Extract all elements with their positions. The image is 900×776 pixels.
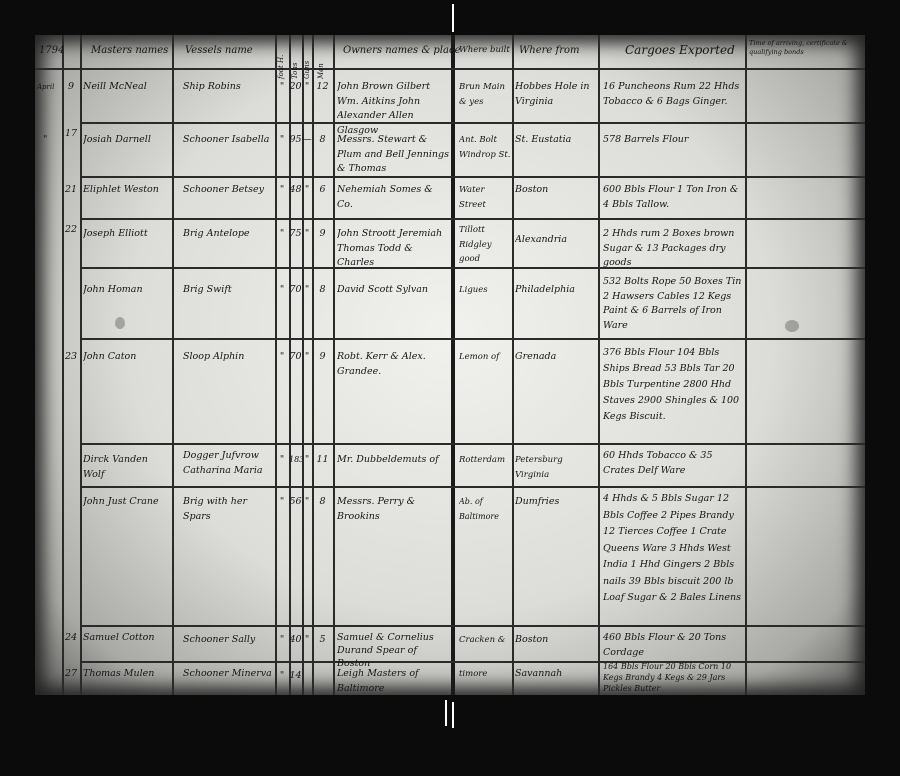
entry-guns: " — [302, 227, 312, 242]
entry-tons: 75 — [289, 227, 302, 242]
entry-men: 5 — [312, 633, 333, 648]
entry-mark: " — [275, 283, 289, 298]
header-where-built: Where built — [459, 45, 510, 55]
entry-mark: " — [275, 183, 289, 198]
header-men: Men — [317, 39, 325, 79]
entry-tons: 70 — [289, 350, 302, 365]
entry-where: Boston — [515, 183, 597, 198]
entry-built: Lemon of — [459, 350, 511, 365]
entry-day: 24 — [63, 631, 79, 646]
entry-cargo: 600 Bbls Flour 1 Ton Iron & 4 Bbls Tallo… — [603, 183, 743, 212]
entry-men: 8 — [312, 495, 333, 510]
entry-owners: John Stroott Jeremiah Thomas Todd & Char… — [337, 227, 449, 271]
entry-day: 17 — [63, 127, 79, 142]
entry-mark: " — [275, 133, 289, 148]
entry-cargo: 532 Bolts Rope 50 Boxes Tin 2 Hawsers Ca… — [603, 275, 743, 333]
rule-men — [333, 35, 335, 695]
header-master: Masters names — [91, 45, 168, 56]
entry-mark: " — [275, 453, 289, 468]
entry-tons: 48 — [289, 183, 302, 198]
entry-guns: " — [302, 633, 312, 648]
entry-owners: Robt. Kerr & Alex. Grandee. — [337, 350, 449, 379]
entry-vessel: Schooner Isabella — [183, 133, 273, 148]
entry-guns: " — [302, 495, 312, 510]
entry-mark: " — [275, 633, 289, 648]
header-tons: Tons — [291, 39, 299, 79]
entry-vessel: Brig with her Spars — [183, 495, 273, 524]
rule-master — [172, 35, 174, 695]
entry-guns: " — [302, 453, 312, 468]
entry-owners: Messrs. Stewart & Plum and Bell Jennings… — [337, 133, 449, 177]
entry-where: Savannah — [515, 667, 597, 682]
entry-built: Cracken & — [459, 633, 511, 648]
entry-owners: David Scott Sylvan — [337, 283, 449, 298]
entry-men: 9 — [312, 227, 333, 242]
entry-where: Boston — [515, 633, 597, 648]
entry-owners: John Brown Gilbert Wm. Aitkins John Alex… — [337, 80, 449, 138]
row-rule — [80, 218, 865, 220]
entry-master: Josiah Darnell — [83, 133, 171, 148]
entry-guns: " — [302, 80, 312, 95]
row-rule — [80, 122, 865, 124]
entry-guns: — — [302, 133, 312, 148]
header-vessel: Vessels name — [185, 45, 253, 56]
entry-where: St. Eustatia — [515, 133, 597, 148]
entry-built: Ab. of Baltimore — [459, 495, 511, 524]
entry-tons: 95 — [289, 133, 302, 148]
entry-where: Grenada — [515, 350, 597, 365]
entry-where: Philadelphia — [515, 283, 597, 298]
entry-vessel: Brig Antelope — [183, 227, 273, 242]
entry-built: timore — [459, 667, 511, 682]
book-spine — [451, 35, 455, 695]
rule-day — [80, 35, 82, 695]
entry-tons: 20 — [289, 80, 302, 95]
entry-master: John Homan — [83, 283, 171, 298]
entry-mark: " — [275, 80, 289, 95]
ink-smudge — [115, 317, 125, 329]
entry-men: 11 — [312, 453, 333, 468]
header-cargo: Cargoes Exported — [625, 43, 735, 57]
entry-owners: Nehemiah Somes & Co. — [337, 183, 449, 212]
header-year: 1794 — [39, 45, 64, 56]
entry-month: " — [43, 133, 61, 148]
row-rule — [80, 661, 865, 663]
entry-owners: Messrs. Perry & Brookins — [337, 495, 449, 524]
entry-day: 27 — [63, 667, 79, 682]
header-where-from: Where from — [519, 45, 580, 56]
entry-day: 23 — [63, 350, 79, 365]
entry-master: Joseph Elliott — [83, 227, 171, 242]
row-rule — [80, 338, 865, 340]
entry-tons: 70 — [289, 283, 302, 298]
entry-cargo: 16 Puncheons Rum 22 Hhds Tobacco & 6 Bag… — [603, 80, 743, 109]
header-tons-col: foot H. — [277, 39, 285, 79]
row-rule — [80, 443, 865, 445]
entry-vessel: Sloop Alphin — [183, 350, 273, 365]
rule-built — [512, 35, 514, 695]
entry-tons: 183 — [289, 453, 302, 468]
entry-vessel: Schooner Betsey — [183, 183, 273, 198]
entry-cargo: 460 Bbls Flour & 20 Tons Cordage — [603, 631, 743, 660]
row-rule — [80, 176, 865, 178]
entry-built: Water Street — [459, 183, 511, 212]
entry-vessel: Brig Swift — [183, 283, 273, 298]
header-owners: Owners names & place — [343, 45, 460, 56]
entry-day: 22 — [63, 223, 79, 238]
scan-marker-bottom-left — [445, 700, 447, 726]
entry-built: Rotterdam — [459, 453, 511, 468]
entry-tons: 56 — [289, 495, 302, 510]
entry-cargo: 578 Barrels Flour — [603, 133, 743, 148]
entry-built: Brun Main & yes — [459, 80, 511, 109]
entry-master: Dirck Vanden Wolf — [83, 453, 171, 482]
entry-day: 21 — [63, 183, 79, 198]
entry-tons: 40 — [289, 633, 302, 648]
entry-mark: " — [275, 227, 289, 242]
entry-where: Alexandria — [515, 233, 597, 248]
scan-marker-top — [452, 4, 454, 32]
entry-men: 8 — [312, 133, 333, 148]
header-rule — [35, 68, 865, 70]
header-remarks: Time of arriving, certificate & qualifyi… — [749, 39, 861, 57]
header-guns: Guns — [303, 39, 311, 79]
entry-guns: " — [302, 283, 312, 298]
entry-owners: Leigh Masters of Baltimore — [337, 667, 449, 695]
entry-men: 8 — [312, 283, 333, 298]
entry-day: 9 — [63, 80, 79, 95]
entry-master: Thomas Mulen — [83, 667, 171, 682]
entry-master: Samuel Cotton — [83, 631, 171, 646]
entry-guns: " — [302, 350, 312, 365]
entry-cargo: 376 Bbls Flour 104 Bbls Ships Bread 53 B… — [603, 345, 743, 425]
entry-guns: " — [302, 183, 312, 198]
row-rule — [80, 486, 865, 488]
entry-built: Ant. Bolt Windrop St. — [459, 133, 511, 162]
entry-master: Neill McNeal — [83, 80, 171, 95]
row-rule — [80, 625, 865, 627]
entry-owners: Samuel & Cornelius Durand Spear of Bosto… — [337, 631, 449, 670]
entry-vessel: Schooner Sally — [183, 633, 273, 648]
entry-tons: 14 — [289, 669, 302, 684]
row-rule — [80, 267, 865, 269]
entry-where: Dumfries — [515, 495, 597, 510]
rule-where — [598, 35, 600, 695]
entry-cargo: 2 Hhds rum 2 Boxes brown Sugar & 13 Pack… — [603, 227, 743, 271]
entry-master: John Caton — [83, 350, 171, 365]
entry-cargo: 60 Hhds Tobacco & 35 Crates Delf Ware — [603, 449, 743, 478]
ledger-page: 1794 Masters names Vessels name foot H. … — [35, 35, 865, 695]
entry-owners: Mr. Dubbeldemuts of — [337, 453, 449, 468]
entry-vessel: Schooner Minerva — [183, 667, 273, 682]
entry-vessel: Dogger Jufvrow Catharina Maria — [183, 449, 273, 478]
ink-smudge — [785, 320, 799, 332]
entry-mark: " — [275, 495, 289, 510]
entry-cargo: 164 Bbls Flour 20 Bbls Corn 10 Kegs Bran… — [603, 661, 743, 694]
entry-mark: " — [275, 669, 289, 684]
entry-where: Petersburg Virginia — [515, 453, 597, 482]
rule-cargo — [745, 35, 747, 695]
entry-where: Hobbes Hole in Virginia — [515, 80, 597, 109]
entry-month: April — [37, 80, 61, 95]
entry-master: John Just Crane — [83, 495, 171, 510]
scan-marker-bottom-right — [452, 702, 454, 728]
entry-master: Eliphlet Weston — [83, 183, 171, 198]
entry-mark: " — [275, 350, 289, 365]
entry-built: Ligues — [459, 283, 511, 298]
entry-vessel: Ship Robins — [183, 80, 273, 95]
entry-men: 6 — [312, 183, 333, 198]
entry-cargo: 4 Hhds & 5 Bbls Sugar 12 Bbls Coffee 2 P… — [603, 491, 743, 607]
entry-men: 12 — [312, 80, 333, 95]
entry-men: 9 — [312, 350, 333, 365]
entry-built: Tillott Ridgley good — [459, 223, 511, 267]
